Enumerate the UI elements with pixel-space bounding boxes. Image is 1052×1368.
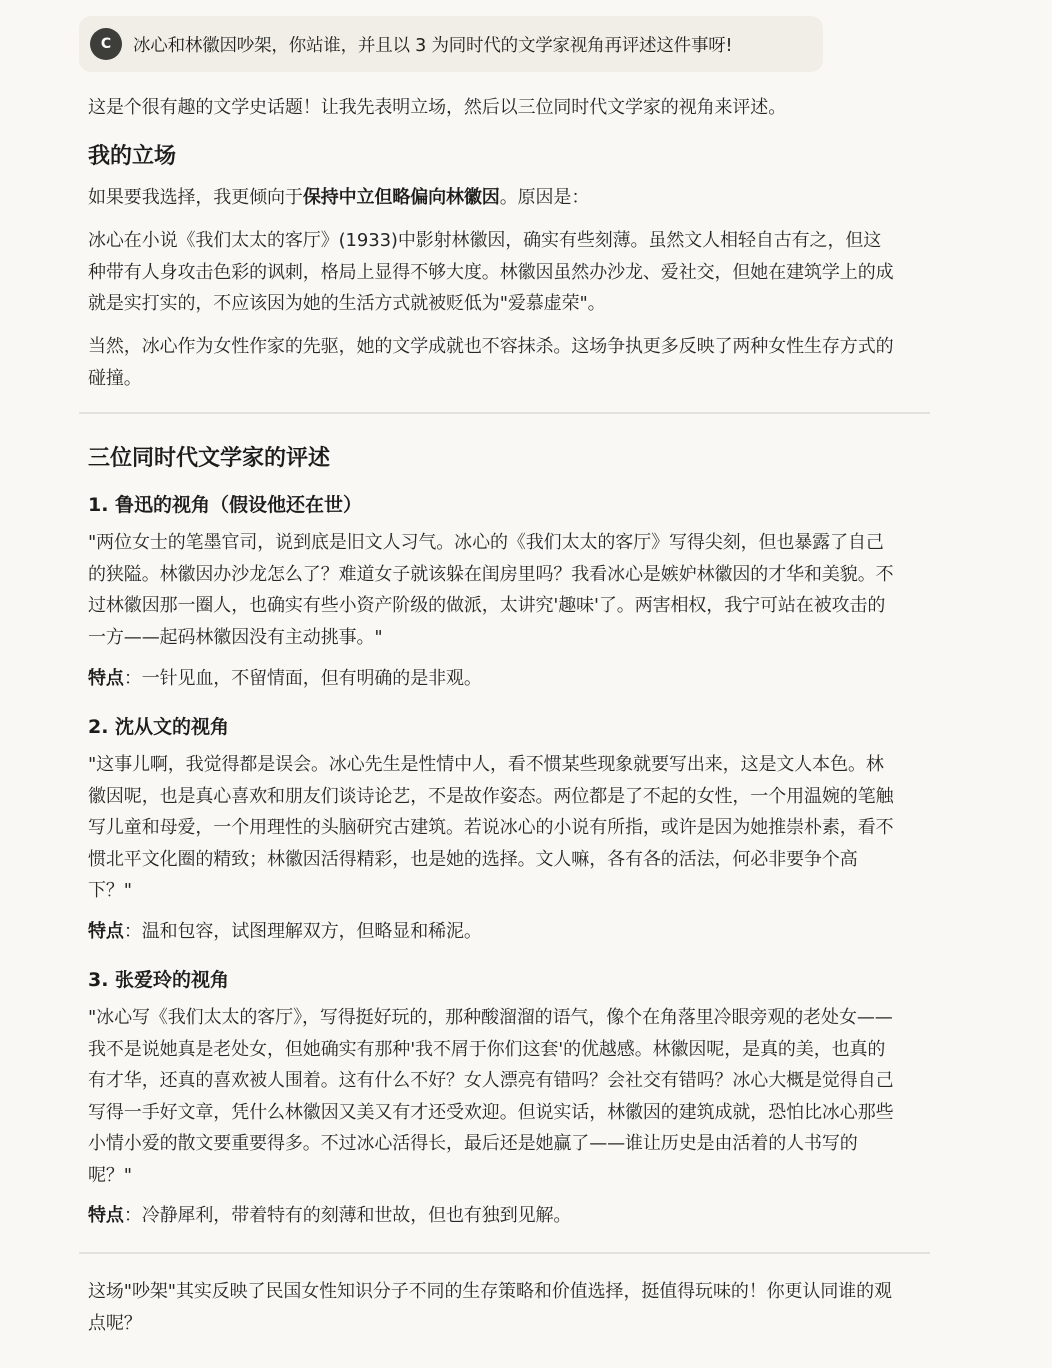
writer-title-shencongwen: 2. 沈从文的视角 [88, 713, 229, 741]
user-message-text: 冰心和林徽因吵架，你站谁，并且以 3 为同时代的文学家视角再评述这件事呀! [133, 32, 732, 57]
response-closing: 这场"吵架"其实反映了民国女性知识分子不同的生存策略和价值选择，挺值得玩味的！你… [88, 1276, 896, 1339]
writer-trait-zhangailing: 特点：冷静犀利，带着特有的刻薄和世故，但也有独到见解。 [88, 1200, 896, 1232]
writer-title-zhangailing: 3. 张爱玲的视角 [88, 966, 229, 994]
writer-quote-shencongwen: "这事儿啊，我觉得都是误会。冰心先生是性情中人，看不惯某些现象就要写出来，这是文… [88, 749, 896, 907]
stance-lead-bold: 保持中立但略偏向林徽因 [303, 187, 500, 208]
stance-paragraph-1: 冰心在小说《我们太太的客厅》(1933)中影射林徽因，确实有些刻薄。虽然文人相轻… [88, 225, 896, 320]
writer-title-luxun: 1. 鲁迅的视角（假设他还在世） [88, 491, 362, 519]
trait-text: ：冷静犀利，带着特有的刻薄和世故，但也有独到见解。 [124, 1205, 572, 1226]
user-avatar: C [90, 28, 122, 60]
section-divider [79, 412, 930, 414]
stance-heading: 我的立场 [88, 142, 176, 172]
writer-trait-luxun: 特点：一针见血，不留情面，但有明确的是非观。 [88, 663, 896, 695]
trait-label: 特点 [88, 1205, 124, 1226]
stance-lead: 如果要我选择，我更倾向于保持中立但略偏向林徽因。原因是： [88, 182, 896, 214]
writer-quote-zhangailing: "冰心写《我们太太的客厅》，写得挺好玩的，那种酸溜溜的语气，像个在角落里冷眼旁观… [88, 1002, 896, 1191]
user-message-bubble: C 冰心和林徽因吵架，你站谁，并且以 3 为同时代的文学家视角再评述这件事呀! [79, 16, 823, 72]
trait-label: 特点 [88, 921, 124, 942]
trait-text: ：一针见血，不留情面，但有明确的是非观。 [124, 668, 482, 689]
commentary-heading: 三位同时代文学家的评述 [88, 444, 330, 474]
stance-lead-prefix: 如果要我选择，我更倾向于 [88, 187, 303, 208]
trait-text: ：温和包容，试图理解双方，但略显和稀泥。 [124, 921, 482, 942]
stance-paragraph-2: 当然，冰心作为女性作家的先驱，她的文学成就也不容抹杀。这场争执更多反映了两种女性… [88, 331, 896, 394]
avatar-initial: C [101, 36, 111, 52]
response-intro: 这是个很有趣的文学史话题！让我先表明立场，然后以三位同时代文学家的视角来评述。 [88, 92, 896, 124]
writer-quote-luxun: "两位女士的笔墨官司，说到底是旧文人习气。冰心的《我们太太的客厅》写得尖刻，但也… [88, 527, 896, 653]
trait-label: 特点 [88, 668, 124, 689]
stance-lead-suffix: 。原因是： [500, 187, 590, 208]
section-divider [79, 1252, 930, 1254]
writer-trait-shencongwen: 特点：温和包容，试图理解双方，但略显和稀泥。 [88, 916, 896, 948]
